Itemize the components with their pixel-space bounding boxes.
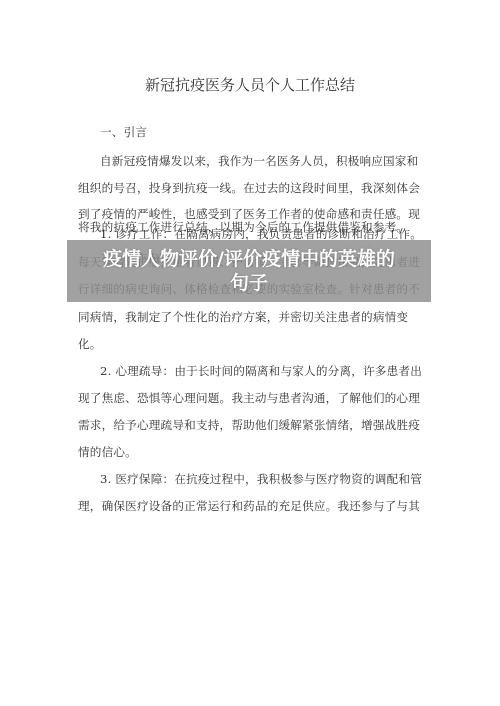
paragraph-line: 自新冠疫情爆发以来，我作为一名医务人员，积极响应国家和 — [100, 153, 456, 169]
paragraph-line: 同病情，我制定了个性化的治疗方案，并密切关注患者的病情变 — [78, 309, 434, 325]
document-title: 新冠抗疫医务人员个人工作总结 — [0, 74, 500, 95]
overlay-title-line-1: 疫情人物评价/评价疫情中的英雄的 — [103, 247, 395, 271]
paragraph-line: 情的信心。 — [78, 444, 434, 460]
paragraph-line: 需求，给予心理疏导和支持，帮助他们缓解紧张情绪，增强战胜疫 — [78, 417, 434, 433]
document-page: 新冠抗疫医务人员个人工作总结 一、引言 自新冠疫情爆发以来，我作为一名医务人员，… — [0, 0, 500, 706]
paragraph-line: 3. 医疗保障：在抗疫过程中，我积极参与医疗物资的调配和管 — [100, 471, 456, 487]
paragraph-line: 化。 — [78, 336, 434, 352]
overlay-title-line-2: 句子 — [230, 271, 268, 295]
section-heading-intro: 一、引言 — [100, 124, 456, 140]
title-overlay-banner: 疫情人物评价/评价疫情中的英雄的 句子 — [67, 240, 431, 302]
paragraph-line: 现了焦虑、恐惧等心理问题。我主动与患者沟通，了解他们的心理 — [78, 390, 434, 406]
paragraph-line: 2. 心理疏导：由于长时间的隔离和与家人的分离，许多患者出 — [100, 363, 456, 379]
paragraph-line: 理，确保医疗设备的正常运行和药品的充足供应。我还参与了与其 — [78, 498, 434, 514]
paragraph-line: 组织的号召，投身到抗疫一线。在过去的这段时间里，我深刻体会 — [78, 180, 434, 196]
